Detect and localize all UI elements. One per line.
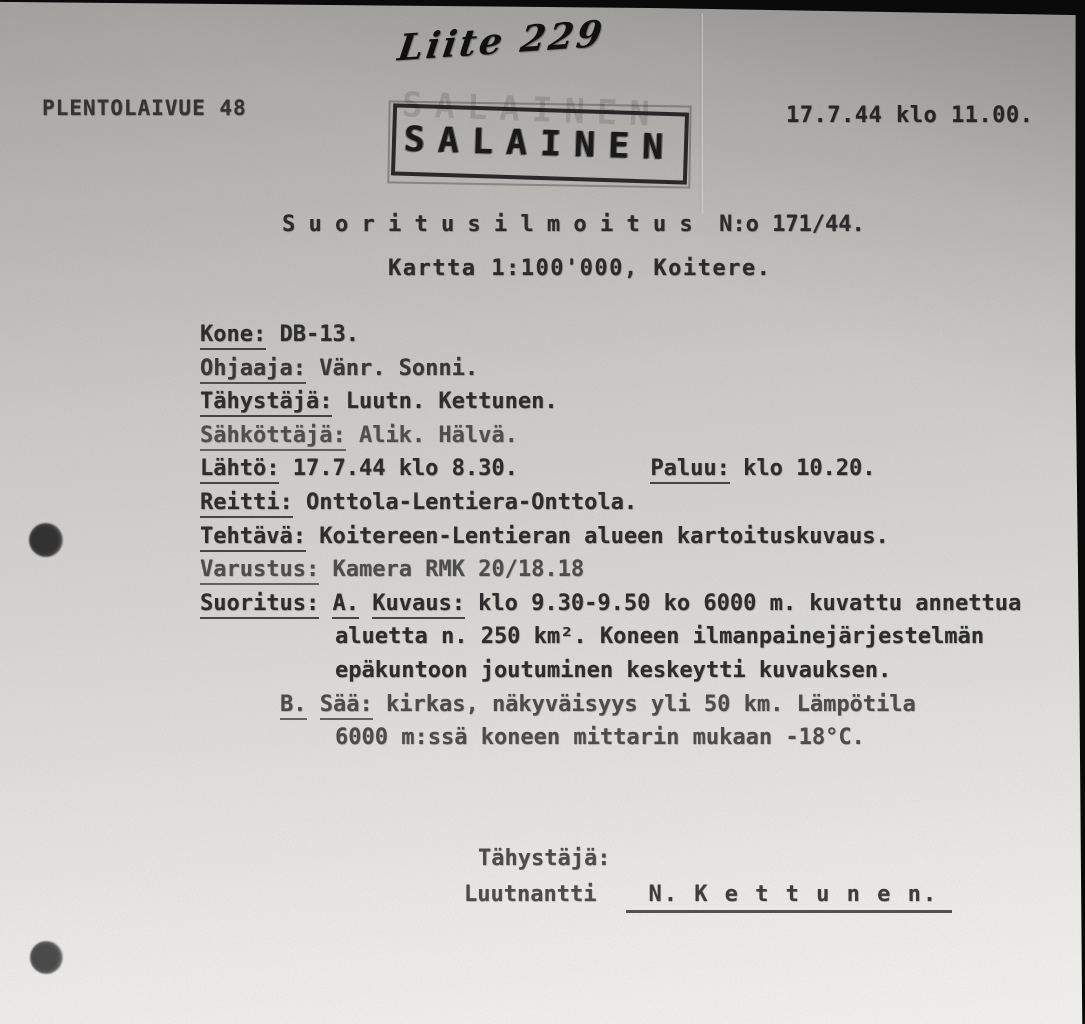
field-label: Kone:	[200, 322, 266, 350]
punch-hole-bottom	[30, 941, 63, 974]
handwritten-attachment-note: Liite 229	[395, 13, 607, 70]
field-label: Kuvaus:	[372, 591, 465, 619]
paper-crease	[700, 14, 703, 214]
field-value: Alik. Hälvä.	[346, 423, 518, 448]
field-value	[319, 591, 332, 616]
field-value: Koitereen-Lentieran alueen kartoituskuva…	[306, 524, 889, 549]
report-line: Tähystäjä: Luutn. Kettunen.	[200, 385, 1021, 419]
report-line: Lähtö: 17.7.44 klo 8.30. Paluu: klo 10.2…	[200, 452, 1021, 486]
field-value	[307, 692, 320, 717]
report-line: Sähköttäjä: Alik. Hälvä.	[200, 419, 1021, 453]
field-value: 6000 m:ssä koneen mittarin mukaan -18°C.	[335, 725, 865, 750]
scan-edge-right	[1074, 0, 1085, 1024]
document-page: Liite 229 PLENTOLAIVUE 48 SALAINEN SALAI…	[0, 0, 1085, 1024]
field-value: klo 9.30-9.50 ko 6000 m. kuvattu annettu…	[465, 591, 1021, 616]
field-label: Reitti:	[200, 490, 293, 518]
field-label: Tähystäjä:	[200, 389, 332, 417]
field-value	[359, 591, 372, 616]
signature-line: LuutnanttiN. K e t t u n e n.	[464, 882, 952, 913]
map-reference: Kartta 1:100'000, Koitere.	[388, 256, 771, 281]
field-value: epäkuntoon joutuminen keskeytti kuvaukse…	[335, 658, 891, 683]
report-line: Tehtävä: Koitereen-Lentieran alueen kart…	[200, 520, 1021, 554]
field-value	[518, 456, 650, 481]
report-line: Varustus: Kamera RMK 20/18.18	[200, 553, 1021, 587]
unit-name: PLENTOLAIVUE 48	[42, 96, 247, 120]
signature-rank: Luutnantti	[464, 882, 596, 907]
field-label: B.	[280, 692, 307, 720]
field-label: Varustus:	[200, 557, 319, 585]
salainen-secret-stamp: SALAINEN	[391, 103, 689, 184]
field-label: A.	[332, 591, 359, 619]
signature-role: Tähystäjä:	[478, 846, 610, 871]
field-value: Vänr. Sonni.	[306, 356, 478, 381]
report-line: 6000 m:ssä koneen mittarin mukaan -18°C.	[200, 721, 1021, 755]
punch-hole-top	[29, 523, 63, 557]
field-value: aluetta n. 250 km². Koneen ilmanpainejär…	[335, 624, 984, 649]
report-title: S u o r i t u s i l m o i t u s N:o 171/…	[282, 212, 865, 237]
field-label: Paluu:	[650, 456, 729, 484]
field-label: Ohjaaja:	[200, 356, 306, 384]
report-line: Suoritus: A. Kuvaus: klo 9.30-9.50 ko 60…	[200, 587, 1021, 621]
scan-edge-top	[0, 0, 1085, 16]
field-value: kirkas, näkyväisyys yli 50 km. Lämpötila	[373, 692, 916, 717]
field-label: Suoritus:	[200, 591, 319, 619]
field-value: klo 10.20.	[730, 456, 876, 481]
field-label: Sähköttäjä:	[200, 423, 346, 451]
report-line: Reitti: Onttola-Lentiera-Onttola.	[200, 486, 1021, 520]
field-value: Onttola-Lentiera-Onttola.	[293, 490, 637, 515]
field-label: Tehtävä:	[200, 524, 306, 552]
report-line: B. Sää: kirkas, näkyväisyys yli 50 km. L…	[200, 688, 1021, 722]
report-line: Ohjaaja: Vänr. Sonni.	[200, 352, 1021, 386]
field-value: DB-13.	[266, 322, 359, 347]
field-label: Lähtö:	[200, 456, 279, 484]
report-line: aluetta n. 250 km². Koneen ilmanpainejär…	[200, 620, 1021, 654]
report-line: Kone: DB-13.	[200, 318, 1021, 352]
field-value: Luutn. Kettunen.	[332, 389, 557, 414]
report-body: Kone: DB-13.Ohjaaja: Vänr. Sonni.Tähystä…	[200, 318, 1021, 755]
field-value: 17.7.44 klo 8.30.	[279, 456, 517, 481]
field-value: Kamera RMK 20/18.18	[319, 557, 584, 582]
report-datetime: 17.7.44 klo 11.00.	[786, 103, 1033, 128]
report-line: epäkuntoon joutuminen keskeytti kuvaukse…	[200, 654, 1021, 688]
field-label: Sää:	[320, 692, 373, 720]
signature-name: N. K e t t u n e n.	[626, 882, 952, 913]
